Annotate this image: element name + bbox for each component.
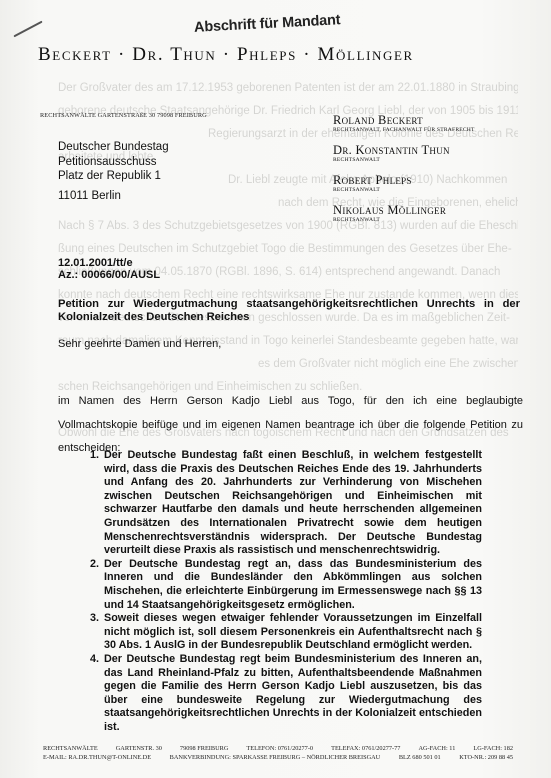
petition-request-item: Der Deutsche Bundestag regt an, dass das… [102, 558, 482, 612]
lawyer-entry: Dr. Konstantin Thun RECHTSANWALT [333, 143, 475, 164]
sender-address-line: RECHTSANWÄLTE GARTENSTRAßE 30 79098 FREI… [40, 112, 207, 119]
firm-letterhead: Beckert · Dr. Thun · Phleps · Möllinger [38, 44, 518, 66]
footer-field: TELEFON: 0761/20277-0 [246, 745, 313, 754]
salutation: Sehr geehrte Damen und Herren, [58, 338, 221, 350]
footer-row-1: RECHTSANWÄLTE GARTENSTR. 30 79098 FREIBU… [43, 745, 513, 754]
footer-field: BLZ 680 501 01 [399, 754, 441, 763]
lawyer-entry: Nikolaus Möllinger RECHTSANWALT [333, 203, 475, 224]
footer-field: GARTENSTR. 30 [116, 745, 162, 754]
pen-mark [13, 21, 42, 38]
recipient-address: Deutscher Bundestag Petitionsausschuss P… [58, 140, 169, 184]
document-page: Der Großvater des am 17.12.1953 geborene… [0, 0, 551, 778]
footer-field: KTO-NR.: 209 88 45 [459, 754, 513, 763]
recipient-line: Petitionsausschuss [58, 155, 169, 170]
lawyer-name: Nikolaus Möllinger [333, 203, 475, 217]
footer-field: TELEFAX: 0761/20277-77 [331, 745, 400, 754]
letter-footer: RECHTSANWÄLTE GARTENSTR. 30 79098 FREIBU… [43, 745, 513, 762]
lawyer-title: RECHTSANWALT [333, 217, 475, 224]
lawyer-entry: Robert Phleps RECHTSANWALT [333, 173, 475, 194]
footer-row-2: E-MAIL: RA.DR.THUN@T-ONLINE.DE BANKVERBI… [43, 754, 513, 763]
lawyer-title: RECHTSANWALT, FACHANWALT FÜR STRAFRECHT [333, 127, 475, 134]
footer-field: 79098 FREIBURG [180, 745, 228, 754]
petition-request-item: Der Deutsche Bundestag faßt einen Beschl… [102, 449, 482, 558]
footer-field: LG-FACH: 182 [473, 745, 513, 754]
date-reference-block: 12.01.2001/tt/e Az.: 00066/00/AUSL [58, 257, 160, 281]
subject-line: Petition zur Wiedergutmachung staatsange… [58, 298, 520, 324]
letter-date: 12.01.2001/tt/e [58, 257, 160, 269]
recipient-line: Deutscher Bundestag [58, 140, 169, 155]
lawyer-title: RECHTSANWALT [333, 187, 475, 194]
file-reference: Az.: 00066/00/AUSL [58, 269, 160, 281]
bleed-line: es dem Großvater nicht möglich eine Ehe … [58, 353, 518, 376]
footer-field: AG-FACH: 11 [418, 745, 455, 754]
footer-field: E-MAIL: RA.DR.THUN@T-ONLINE.DE [43, 754, 151, 763]
petition-requests: Der Deutsche Bundestag faßt einen Beschl… [84, 449, 482, 734]
lawyer-list: Roland Beckert RECHTSANWALT, FACHANWALT … [333, 113, 475, 233]
petition-request-item: Soweit dieses wegen etwaiger fehlender V… [102, 612, 482, 653]
recipient-line: Platz der Republik 1 [58, 169, 169, 184]
copy-stamp: Abschrift für Mandant [194, 12, 341, 36]
petition-request-item: Der Deutsche Bundestag regt beim Bundesm… [102, 653, 482, 735]
lawyer-name: Dr. Konstantin Thun [333, 143, 475, 157]
lawyer-name: Robert Phleps [333, 173, 475, 187]
lawyer-title: RECHTSANWALT [333, 157, 475, 164]
lawyer-entry: Roland Beckert RECHTSANWALT, FACHANWALT … [333, 113, 475, 134]
footer-field: RECHTSANWÄLTE [43, 745, 98, 754]
bleed-line: Der Großvater des am 17.12.1953 geborene… [58, 77, 518, 100]
recipient-city: 11011 Berlin [58, 190, 121, 202]
lawyer-name: Roland Beckert [333, 113, 475, 127]
footer-field: BANKVERBINDUNG: SPARKASSE FREIBURG – NÖR… [170, 754, 381, 763]
